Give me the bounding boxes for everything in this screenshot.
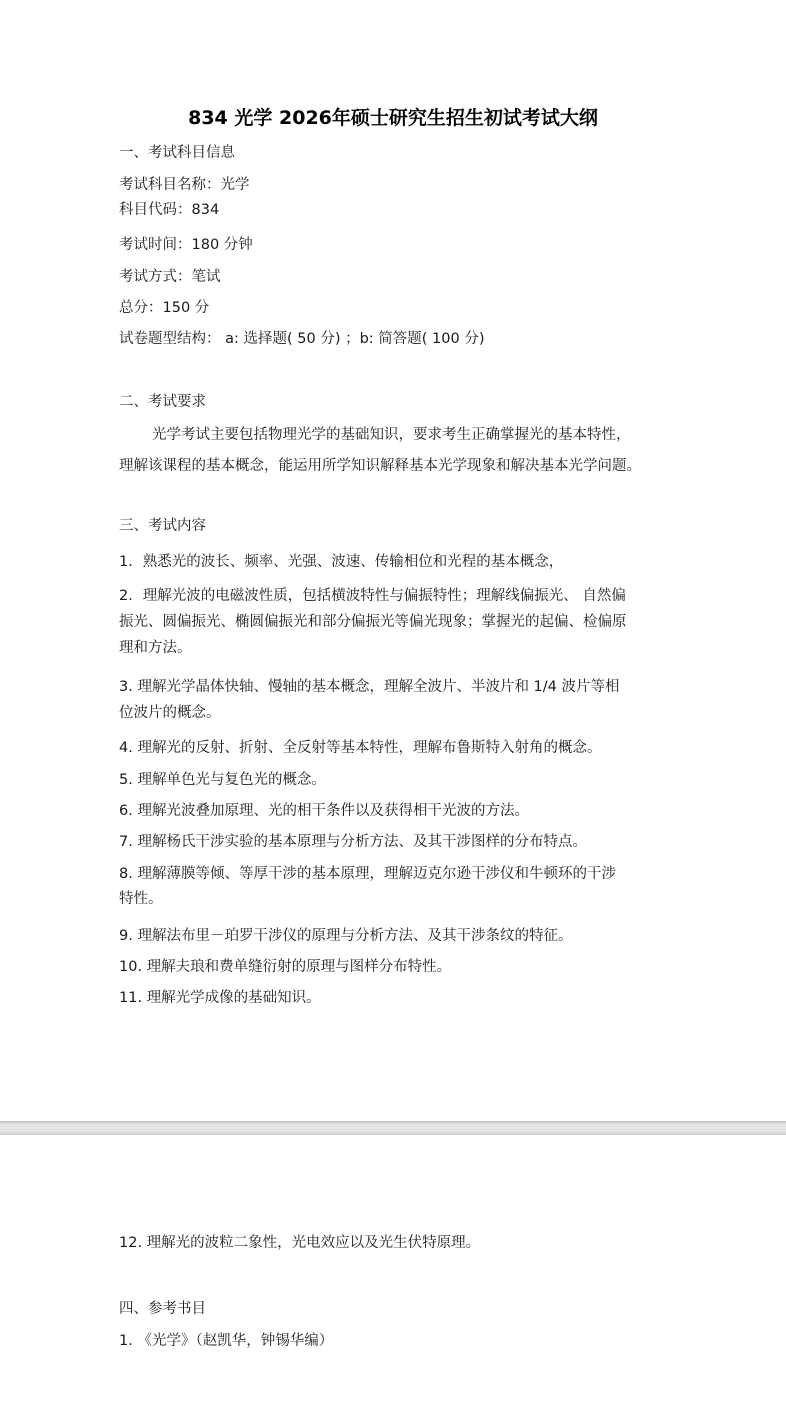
content-item-2-line-3: 理和方法。	[119, 638, 192, 658]
paper-structure: 试卷题型结构： a: 选择题( 50 分) ；b: 简答题( 100 分)	[119, 329, 485, 349]
requirements-paragraph-line-1: 光学考试主要包括物理光学的基础知识，要求考生正确掌握光的基本特性，	[152, 425, 631, 445]
content-item-3-line-2: 位波片的概念。	[119, 703, 221, 723]
page-separator	[0, 1121, 786, 1135]
content-item-3-line-1: 3. 理解光学晶体快轴、慢轴的基本概念，理解全波片、半波片和 1/4 波片等相	[119, 677, 620, 697]
content-item-6: 6. 理解光波叠加原理、光的相干条件以及获得相干光波的方法。	[119, 801, 529, 821]
subject-name: 考试科目名称：光学	[119, 175, 250, 195]
requirements-paragraph-line-2: 理解该课程的基本概念，能运用所学知识解释基本光学现象和解决基本光学问题。	[119, 456, 641, 476]
content-item-4: 4. 理解光的反射、折射、全反射等基本特性，理解布鲁斯特入射角的概念。	[119, 738, 601, 758]
content-item-10: 10. 理解夫琅和费单缝衍射的原理与图样分布特性。	[119, 957, 451, 977]
content-item-1: 1．熟悉光的波长、频率、光强、波速、传输相位和光程的基本概念，	[119, 552, 563, 572]
content-item-7: 7. 理解杨氏干涉实验的基本原理与分析方法、及其干涉图样的分布特点。	[119, 832, 587, 852]
content-item-12: 12. 理解光的波粒二象性，光电效应以及光生伏特原理。	[119, 1233, 480, 1253]
content-item-9: 9. 理解法布里－珀罗干涉仪的原理与分析方法、及其干涉条纹的特征。	[119, 926, 572, 946]
section-4-heading: 四、参考书目	[119, 1299, 206, 1319]
section-1-heading: 一、考试科目信息	[119, 143, 235, 163]
document-page-1: 834 光学 2026年硕士研究生招生初试考试大纲 一、考试科目信息 考试科目名…	[0, 0, 786, 1121]
reference-book-1: 1. 《光学》（赵凯华，钟锡华编）	[119, 1331, 333, 1351]
section-3-heading: 三、考试内容	[119, 516, 206, 536]
document-page-2	[0, 1135, 786, 1425]
content-item-8-line-2: 特性。	[119, 889, 163, 909]
exam-method: 考试方式：笔试	[119, 267, 221, 287]
exam-time: 考试时间：180 分钟	[119, 235, 253, 255]
content-item-8-line-1: 8. 理解薄膜等倾、等厚干涉的基本原理，理解迈克尔逊干涉仪和牛顿环的干涉	[119, 864, 616, 884]
content-item-2-line-1: 2．理解光波的电磁波性质，包括横波特性与偏振特性；理解线偏振光、 自然偏	[119, 586, 626, 606]
total-score: 总分：150 分	[119, 298, 209, 318]
document-title: 834 光学 2026年硕士研究生招生初试考试大纲	[0, 105, 786, 131]
subject-code: 科目代码：834	[119, 200, 219, 220]
content-item-11: 11. 理解光学成像的基础知识。	[119, 988, 321, 1008]
content-item-5: 5. 理解单色光与复色光的概念。	[119, 770, 326, 790]
content-item-2-line-2: 振光、圆偏振光、椭圆偏振光和部分偏振光等偏光现象；掌握光的起偏、检偏原	[119, 612, 627, 632]
section-2-heading: 二、考试要求	[119, 392, 206, 412]
